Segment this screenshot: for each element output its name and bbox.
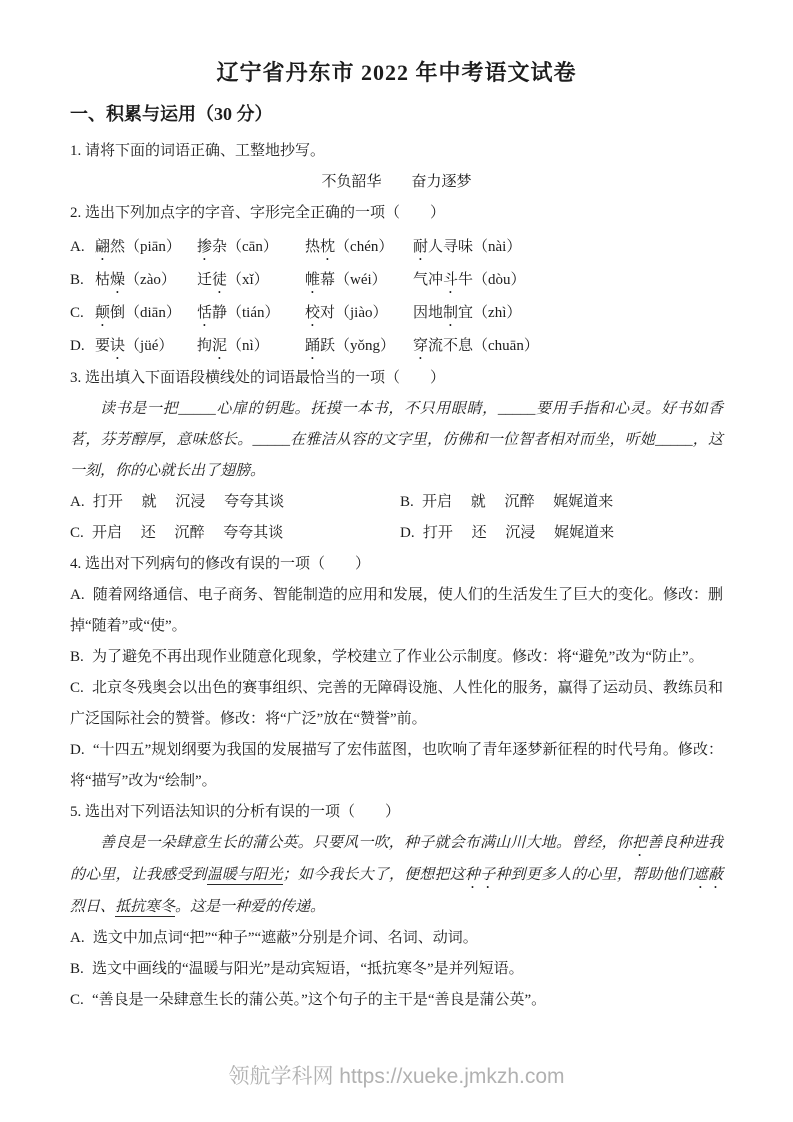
underlined-text: 抵抗寒冬	[115, 899, 175, 917]
option-item: 要诀（jüé）	[95, 330, 197, 363]
option-letter: C.	[70, 518, 84, 549]
q4-option-a: A.随着网络通信、电子商务、智能制造的应用和发展，使人们的生活发生了巨大的变化。…	[70, 580, 723, 642]
option-item: 颠倒（diān）	[95, 297, 197, 330]
text-segment: 拘	[197, 338, 212, 354]
option-text: 打开 就 沉浸 夸夸其谈	[93, 494, 284, 510]
option-item: 枯燥（zào）	[95, 264, 197, 297]
q2-stem: 2. 选出下列加点字的字音、字形完全正确的一项（ ）	[70, 198, 723, 229]
text-segment: （chén）	[335, 239, 393, 255]
text-segment: 善良是一朵肆意生长的蒲公英。只要风一吹，种子就会布满山川大地。曾经，你	[100, 835, 632, 851]
q3-option-d: D.打开 还 沉浸 娓娓道来	[400, 518, 723, 549]
text-segment: 迁	[197, 272, 212, 288]
option-text: 选文中加点词“把”“种子”“遮蔽”分别是介词、名词、动词。	[93, 930, 478, 946]
option-letter: D.	[70, 330, 95, 363]
q5-stem: 5. 选出对下列语法知识的分析有误的一项（ ）	[70, 797, 723, 828]
option-item: 帷幕（wéi）	[305, 264, 413, 297]
option-item: 拘泥（nì）	[197, 330, 305, 363]
q3-options: A.打开 就 沉浸 夸夸其谈 B.开启 就 沉醉 娓娓道来 C.开启 还 沉醉 …	[70, 487, 723, 549]
option-item: 耐人寻味（nài）	[413, 231, 723, 264]
q4-option-c: C.北京冬残奥会以出色的赛事组织、完善的无障碍设施、人性化的服务，赢得了运动员、…	[70, 673, 723, 735]
option-letter: A.	[70, 580, 85, 611]
option-item: 气冲斗牛（dòu）	[413, 264, 723, 297]
option-text: “十四五”规划纲要为我国的发展描写了宏伟蓝图，也吹响了青年逐梦新征程的时代号角。…	[70, 742, 723, 789]
option-letter: B.	[400, 487, 414, 518]
option-letter: A.	[70, 487, 85, 518]
text-segment: 烈日、	[70, 899, 115, 915]
q3-option-b: B.开启 就 沉醉 娓娓道来	[400, 487, 723, 518]
option-letter: C.	[70, 673, 84, 704]
option-item: 掺杂（cān）	[197, 231, 305, 264]
option-letter: A.	[70, 231, 95, 264]
text-segment: 种到更多人的心里，帮助他们	[495, 867, 692, 883]
q2-option-row-b: B. 枯燥（zào） 迁徒（xǐ） 帷幕（wéi） 气冲斗牛（dòu）	[70, 264, 723, 297]
option-text: “善良是一朵肆意生长的蒲公英。”这个句子的主干是“善良是蒲公英”。	[92, 992, 546, 1008]
text-segment: 热	[305, 239, 320, 255]
text-segment: （zào）	[125, 272, 176, 288]
q2-option-row-a: A. 翩然（piān） 掺杂（cān） 热枕（chén） 耐人寻味（nài）	[70, 231, 723, 264]
q1-stem: 1. 请将下面的词语正确、工整地抄写。	[70, 136, 723, 167]
dotted-text: 踊	[305, 338, 320, 354]
text-segment: （nì）	[227, 338, 269, 354]
watermark-text: 领航学科网 https://xueke.jmkzh.com	[0, 1060, 793, 1090]
option-text: 打开 还 沉浸 娓娓道来	[423, 525, 614, 541]
text-segment: 气冲	[413, 272, 443, 288]
option-text: 随着网络通信、电子商务、智能制造的应用和发展，使人们的生活发生了巨大的变化。修改…	[70, 587, 723, 634]
option-item: 因地制宜（zhì）	[413, 297, 723, 330]
text-segment: 幕（wéi）	[320, 272, 387, 288]
option-item: 恬静（tián）	[197, 297, 305, 330]
option-letter: B.	[70, 264, 95, 297]
dotted-text: 徒	[212, 272, 227, 288]
underlined-text: 温暖与阳光	[207, 867, 283, 885]
dotted-text: 耐	[413, 239, 428, 255]
dotted-text: 种子	[465, 867, 495, 883]
text-segment: 枯	[95, 272, 110, 288]
dotted-text: 穿	[413, 338, 428, 354]
dotted-text: 校	[305, 305, 320, 321]
dotted-text: 遮蔽	[693, 867, 723, 883]
option-letter: D.	[400, 518, 415, 549]
text-segment: 然（piān）	[110, 239, 181, 255]
dotted-text: 制	[443, 305, 458, 321]
section-heading: 一、积累与运用（30 分）	[70, 102, 723, 126]
dotted-text: 燥	[110, 272, 125, 288]
text-segment: 人寻味（nài）	[428, 239, 521, 255]
option-letter: C.	[70, 297, 95, 330]
dotted-text: 泥	[212, 338, 227, 354]
option-item: 翩然（piān）	[95, 231, 197, 264]
option-item: 迁徒（xǐ）	[197, 264, 305, 297]
q3-passage: 读书是一把_____心扉的钥匙。抚摸一本书，不只用眼睛，_____要用手指和心灵…	[70, 394, 723, 487]
text-segment: 流不息（chuān）	[428, 338, 539, 354]
text-segment: （jüé）	[125, 338, 173, 354]
q2-option-row-c: C. 颠倒（diān） 恬静（tián） 校对（jiào） 因地制宜（zhì）	[70, 297, 723, 330]
q5-option-c: C.“善良是一朵肆意生长的蒲公英。”这个句子的主干是“善良是蒲公英”。	[70, 985, 723, 1016]
q3-stem: 3. 选出填入下面语段横线处的词语最恰当的一项（ ）	[70, 363, 723, 394]
option-text: 北京冬残奥会以出色的赛事组织、完善的无障碍设施、人性化的服务，赢得了运动员、教练…	[70, 680, 723, 727]
text-segment: 要	[95, 338, 110, 354]
dotted-text: 颠	[95, 305, 110, 321]
text-segment: 。这是一种爱的传递。	[175, 899, 325, 915]
dotted-text: 翩	[95, 239, 110, 255]
text-segment: ；如今我长大了，便想把这	[283, 867, 465, 883]
dotted-text: 斗	[443, 272, 458, 288]
dotted-text: 帷	[305, 272, 320, 288]
option-text: 为了避免不再出现作业随意化现象，学校建立了作业公示制度。修改：将“避免”改为“防…	[92, 649, 704, 665]
text-segment: 静（tián）	[212, 305, 280, 321]
option-letter: C.	[70, 985, 84, 1016]
dotted-text: 枕	[320, 239, 335, 255]
text-segment: 倒（diān）	[110, 305, 181, 321]
option-text: 选文中画线的“温暖与阳光”是动宾短语，“抵抗寒冬”是并列短语。	[92, 961, 524, 977]
q4-option-d: D.“十四五”规划纲要为我国的发展描写了宏伟蓝图，也吹响了青年逐梦新征程的时代号…	[70, 735, 723, 797]
option-letter: A.	[70, 923, 85, 954]
q2-options: A. 翩然（piān） 掺杂（cān） 热枕（chén） 耐人寻味（nài） B…	[70, 231, 723, 363]
text-segment: （xǐ）	[227, 272, 269, 288]
option-text: 开启 就 沉醉 娓娓道来	[422, 494, 613, 510]
text-segment: 因地	[413, 305, 443, 321]
option-letter: D.	[70, 735, 85, 766]
option-item: 热枕（chén）	[305, 231, 413, 264]
q2-option-row-d: D. 要诀（jüé） 拘泥（nì） 踊跃（yǒng） 穿流不息（chuān）	[70, 330, 723, 363]
option-item: 踊跃（yǒng）	[305, 330, 413, 363]
dotted-text: 掺	[197, 239, 212, 255]
q5-option-b: B.选文中画线的“温暖与阳光”是动宾短语，“抵抗寒冬”是并列短语。	[70, 954, 723, 985]
option-item: 穿流不息（chuān）	[413, 330, 723, 363]
text-segment: 宜（zhì）	[458, 305, 521, 321]
exam-page: 辽宁省丹东市 2022 年中考语文试卷 一、积累与运用（30 分） 1. 请将下…	[0, 0, 793, 1122]
option-letter: B.	[70, 642, 84, 673]
page-title: 辽宁省丹东市 2022 年中考语文试卷	[70, 58, 723, 88]
option-item: 校对（jiào）	[305, 297, 413, 330]
dotted-text: 恬	[197, 305, 212, 321]
text-segment: 杂（cān）	[212, 239, 278, 255]
text-segment: 牛（dòu）	[458, 272, 526, 288]
q3-option-c: C.开启 还 沉醉 夸夸其谈	[70, 518, 400, 549]
option-letter: B.	[70, 954, 84, 985]
option-text: 开启 还 沉醉 夸夸其谈	[92, 525, 283, 541]
dotted-text: 诀	[110, 338, 125, 354]
dotted-text: 把	[632, 835, 647, 851]
q4-stem: 4. 选出对下列病句的修改有误的一项（ ）	[70, 549, 723, 580]
text-segment: 对（jiào）	[320, 305, 388, 321]
q1-copy-words: 不负韶华 奋力逐梦	[70, 167, 723, 198]
q5-option-a: A.选文中加点词“把”“种子”“遮蔽”分别是介词、名词、动词。	[70, 923, 723, 954]
text-segment: 跃（yǒng）	[320, 338, 395, 354]
q3-option-a: A.打开 就 沉浸 夸夸其谈	[70, 487, 400, 518]
q4-option-b: B.为了避免不再出现作业随意化现象，学校建立了作业公示制度。修改：将“避免”改为…	[70, 642, 723, 673]
q5-passage: 善良是一朵肆意生长的蒲公英。只要风一吹，种子就会布满山川大地。曾经，你把善良种进…	[70, 828, 723, 923]
